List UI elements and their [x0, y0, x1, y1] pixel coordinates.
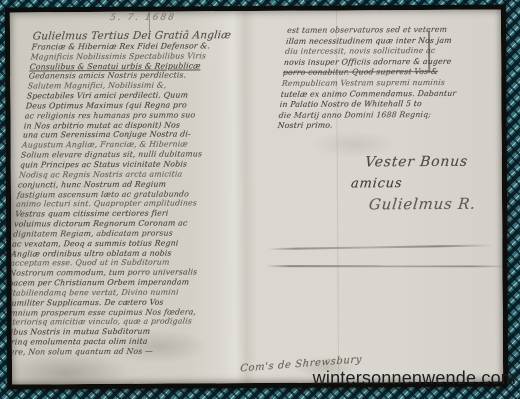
manuscript-left-page: Gulielmus Tertius Dei Gratiâ AngliæFranc… [10, 31, 247, 357]
manuscript-line: Nostri primo. [277, 120, 486, 132]
manuscript-line: Magnificis Nobilissimis Spectabilibus Vi… [30, 51, 245, 62]
manuscript-line: die Martij anno Domini 1688 Regniq; [278, 109, 487, 121]
manuscript-line: Nodisq ac Regnis Nostris arcta amicitia [18, 169, 233, 180]
manuscript-line: Salutem Magnifici, Nobilissimi &, [27, 80, 242, 91]
manuscript-line: Gulielmus Tertius Dei Gratiâ Angliæ [32, 31, 247, 42]
manuscript-line: dignitatem Regiam, abdicatam prorsus [13, 228, 228, 239]
manuscript-line: ac religionis res humanas pro summo suo [24, 110, 239, 121]
manuscript-line: Rempublicam Vestram supremi numinis [281, 78, 490, 90]
signature-line: Vester Bonus [350, 152, 481, 174]
fold-crease-horizontal [266, 265, 503, 267]
document-photo-frame: 5. 7. 1688 Gulielmus Tertius Dei Gratiâ … [5, 4, 508, 389]
bordered-scan-background: 5. 7. 1688 Gulielmus Tertius Dei Gratiâ … [0, 0, 520, 399]
royal-signature-block: Vester BonusamicusGulielmus R. [346, 152, 481, 216]
manuscript-paper: 5. 7. 1688 Gulielmus Tertius Dei Gratiâ … [10, 10, 503, 385]
manuscript-line: Solium elevare dignatus sit, nulli dubit… [20, 149, 235, 160]
manuscript-line: interiorisq amicitiæ vinculo, quæ a prod… [10, 317, 219, 328]
fold-crease-horizontal [268, 244, 494, 250]
manuscript-line: est tamen observaturos sed et veterem [286, 25, 495, 37]
manuscript-line: animo lecturi sint. Quapropter amplitudi… [16, 199, 231, 210]
manuscript-line: diu intercessit, novis sollicitudine ac [284, 46, 493, 58]
manuscript-line: Stabiliendamq bene vertat, Divino numini [10, 287, 222, 298]
date-annotation: 5. 7. 1688 [109, 12, 177, 22]
site-watermark: wintersonnenwende.com [313, 368, 516, 389]
manuscript-line: Nostrorum commodum, tum porro universali… [10, 267, 224, 278]
signature-line: amicus [348, 173, 479, 195]
manuscript-right-page: est tamen observaturos sed et veteremill… [277, 25, 495, 132]
signature-line: Gulielmus R. [346, 194, 477, 216]
manuscript-line: fuere, Non solum quantum ad Nos — [10, 346, 216, 357]
